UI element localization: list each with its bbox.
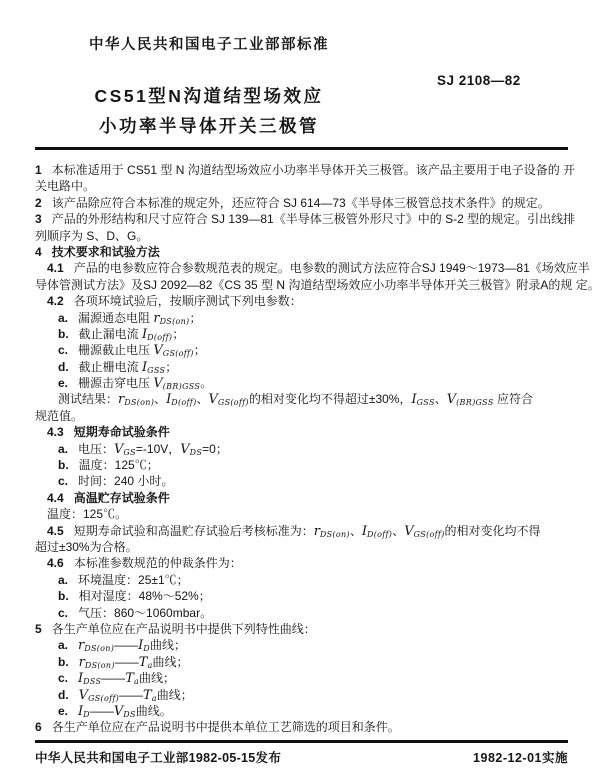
document-title-line1: CS51型N沟道结型场效应 [35, 83, 383, 108]
body-text: 栅源截止电压 [78, 343, 153, 357]
parameter-symbol: Ta [143, 688, 157, 703]
body-text: 曲线； [139, 671, 175, 685]
parameter-symbol: rDS(on) [79, 655, 115, 670]
body-line: 关电路中。 [35, 178, 572, 194]
body-text: 漏源通态电阻 [78, 311, 153, 325]
clause-number: c. [58, 606, 68, 620]
body-text: ； [172, 327, 184, 341]
clause-number: e. [58, 376, 68, 390]
body-text: 栅源击穿电压 [78, 376, 153, 390]
body-text: ； [194, 343, 206, 357]
body-line: 列顺序为 S、D、G。 [35, 228, 572, 244]
clause-number: a. [58, 311, 68, 325]
body-text: 产品的电参数应符合参数规范表的规定。电参数的测试方法应符合SJ 1949～197… [74, 261, 590, 275]
body-line: 规范值。 [35, 408, 572, 424]
body-line: 4.6本标准参数规范的仲裁条件为： [35, 555, 572, 571]
body-line: 导体管测试方法》及SJ 2092—82《CS 35 型 N 沟道结型场效应小功率… [35, 277, 572, 293]
header-divider-rule [35, 147, 568, 150]
clause-number: 4.1 [47, 261, 64, 275]
clause-number: b. [58, 458, 69, 472]
clause-number: 4.6 [47, 556, 64, 570]
parameter-symbol: IDSS [78, 671, 101, 686]
parameter-symbol: IGSS [411, 392, 434, 407]
clause-number: c. [58, 671, 68, 685]
body-line: 5各生产单位应在产品说明书中提供下列特性曲线： [35, 621, 572, 637]
body-text: 测试结果： [58, 392, 118, 406]
body-line: 4.1产品的电参数应符合参数规范表的规定。电参数的测试方法应符合SJ 1949～… [35, 260, 572, 276]
body-text: 应符合 [494, 392, 533, 406]
clause-number: d. [58, 688, 69, 702]
body-text: 列顺序为 S、D、G。 [35, 229, 148, 243]
clause-number: 4.5 [47, 524, 64, 538]
clause-number: d. [58, 360, 69, 374]
body-line: 4.5短期寿命试验和高温贮存试验后考核标准为：rDS(on)、ID(off)、V… [35, 523, 572, 539]
body-text: 关电路中。 [35, 179, 95, 193]
body-text: 产品的外形结构和尺寸应符合 SJ 139—81《半导体三极管外形尺寸》中的 S-… [52, 212, 575, 226]
body-line: b.截止漏电流 ID(off)； [35, 326, 572, 342]
body-line: 测试结果：rDS(on)、ID(off)、VGS(off)的相对变化均不得超过±… [35, 391, 572, 407]
parameter-symbol: rDS(on) [118, 392, 154, 407]
parameter-symbol: VGS(off) [153, 343, 193, 358]
body-line: a.漏源通态电阻 rDS(on)； [35, 310, 572, 326]
body-text: 技术要求和试验方法 [52, 245, 160, 259]
body-text: —— [119, 688, 143, 702]
body-text: 曲线； [153, 655, 189, 669]
parameter-symbol: V(BR)GSS [153, 376, 200, 391]
body-text: —— [101, 671, 125, 685]
body-text: —— [90, 704, 114, 718]
body-text: 时间：240 小时。 [78, 474, 173, 488]
body-text: 各生产单位应在产品说明书中提供本单位工艺筛选的项目和条件。 [52, 720, 400, 734]
body-line: 4技术要求和试验方法 [35, 244, 572, 260]
body-line: d.VGS(off)——Ta曲线； [35, 687, 572, 703]
parameter-symbol: rDS(on) [314, 524, 350, 539]
body-line: c.气压：860～1060mbar。 [35, 605, 572, 621]
clause-number: c. [58, 474, 68, 488]
parameter-symbol: VDS [114, 704, 136, 719]
clause-number: a. [58, 442, 68, 456]
parameter-symbol: VDS [180, 442, 202, 457]
body-text: 、 [435, 392, 447, 406]
parameter-symbol: ID [78, 704, 90, 719]
footer-publish-date: 中华人民共和国电子工业部1982-05-15发布 [35, 748, 281, 766]
body-text: 相对湿度：48%～52%； [79, 589, 211, 603]
body-line: 2该产品除应符合本标准的规定外，还应符合 SJ 614—73《半导体三极管总技术… [35, 195, 572, 211]
body-line: 4.2各项环境试验后，按顺序测试下列电参数： [35, 293, 572, 309]
body-line: c.IDSS——Ta曲线； [35, 670, 572, 686]
standard-number: SJ 2108—82 [437, 73, 521, 88]
parameter-symbol: ID(off) [142, 327, 172, 342]
body-text: 高温贮存试验条件 [74, 491, 170, 505]
footer-divider-rule [35, 740, 568, 743]
body-text: 超过±30%为合格。 [35, 540, 138, 554]
parameter-symbol: Ta [139, 655, 153, 670]
body-text: 截止漏电流 [79, 327, 142, 341]
body-text: 、 [392, 524, 404, 538]
parameter-symbol: ID(off) [166, 392, 196, 407]
body-text: 短期寿命试验和高温贮存试验后考核标准为： [74, 524, 314, 538]
body-line: a.rDS(on)——ID曲线； [35, 637, 572, 653]
body-text: 曲线； [150, 638, 186, 652]
body-line: a.环境温度：25±1℃； [35, 572, 572, 588]
body-text: 该产品除应符合本标准的规定外，还应符合 SJ 614—73《半导体三极管总技术条… [52, 196, 550, 210]
clause-number: b. [58, 589, 69, 603]
body-text: 短期寿命试验条件 [74, 425, 170, 439]
body-line: a.电压：VGS=-10V，VDS=0； [35, 441, 572, 457]
body-line: 6各生产单位应在产品说明书中提供本单位工艺筛选的项目和条件。 [35, 719, 572, 735]
parameter-symbol: ID(off) [362, 524, 392, 539]
body-line: b.温度：125℃； [35, 457, 572, 473]
body-text: 各项环境试验后，按顺序测试下列电参数： [74, 294, 302, 308]
body-line: 4.3短期寿命试验条件 [35, 424, 572, 440]
body-text: ； [165, 360, 177, 374]
clause-number: 4.2 [47, 294, 64, 308]
body-text: 。 [200, 376, 212, 390]
body-text: 、 [197, 392, 209, 406]
body-text: 气压：860～1060mbar。 [78, 606, 212, 620]
body-text: 、 [350, 524, 362, 538]
parameter-symbol: VGS(off) [209, 392, 249, 407]
clause-number: 6 [35, 720, 42, 734]
body-line: 超过±30%为合格。 [35, 539, 572, 555]
clause-number: 4.4 [47, 491, 64, 505]
body-text: 各生产单位应在产品说明书中提供下列特性曲线： [52, 622, 316, 636]
body-line: b.rDS(on)——Ta曲线； [35, 654, 572, 670]
parameter-symbol: rDS(on) [78, 638, 114, 653]
body-text: 的相对变化均不得 [445, 524, 541, 538]
parameter-symbol: IGSS [142, 360, 165, 375]
body-line: 4.4高温贮存试验条件 [35, 490, 572, 506]
body-text: 温度：125℃。 [47, 507, 127, 521]
body-text: 、 [154, 392, 166, 406]
document-title-line2: 小功率半导体开关三极管 [35, 113, 383, 138]
body-text: 截止栅电流 [79, 360, 142, 374]
body-line: d.截止栅电流 IGSS； [35, 359, 572, 375]
parameter-symbol: VGS(off) [404, 524, 444, 539]
clause-number: a. [58, 638, 68, 652]
body-text: 曲线； [157, 688, 193, 702]
body-line: c.栅源截止电压 VGS(off)； [35, 342, 572, 358]
body-line: e.ID——VDS曲线。 [35, 703, 572, 719]
document-page: 中华人民共和国电子工业部部标准 CS51型N沟道结型场效应 小功率半导体开关三极… [0, 0, 600, 772]
clause-number: 5 [35, 622, 42, 636]
body-text: 的相对变化均不得超过±30%， [249, 392, 412, 406]
clause-number: 4.3 [47, 425, 64, 439]
parameter-symbol: rDS(on) [153, 311, 189, 326]
body-text: =-10V， [136, 442, 180, 456]
body-text: 曲线。 [136, 704, 172, 718]
clause-number: b. [58, 655, 69, 669]
clause-number: 1 [35, 163, 42, 177]
body-line: 温度：125℃。 [35, 506, 572, 522]
body-text: 规范值。 [35, 409, 83, 423]
body-text: 导体管测试方法》及SJ 2092—82《CS 35 型 N 沟道结型场效应小功率… [35, 278, 600, 292]
body-line: c.时间：240 小时。 [35, 473, 572, 489]
body-line: b.相对湿度：48%～52%； [35, 588, 572, 604]
clause-number: a. [58, 573, 68, 587]
clause-number: b. [58, 327, 69, 341]
body-text: 温度：125℃； [79, 458, 159, 472]
clause-number: 4 [35, 245, 42, 259]
parameter-symbol: V(BR)GSS [447, 392, 494, 407]
body-text: 电压： [78, 442, 114, 456]
body-line: e.栅源击穿电压 V(BR)GSS。 [35, 375, 572, 391]
clause-number: e. [58, 704, 68, 718]
body-line: 1本标准适用于 CS51 型 N 沟道结型场效应小功率半导体开关三极管。该产品主… [35, 162, 572, 178]
body-text: =0； [202, 442, 228, 456]
standard-authority-header: 中华人民共和国电子工业部部标准 [35, 33, 383, 54]
body-text: —— [114, 638, 138, 652]
body-text: 本标准参数规范的仲裁条件为： [74, 556, 242, 570]
body-line: 3产品的外形结构和尺寸应符合 SJ 139—81《半导体三极管外形尺寸》中的 S… [35, 211, 572, 227]
parameter-symbol: VGS(off) [79, 688, 119, 703]
clause-number: 3 [35, 212, 42, 226]
parameter-symbol: Ta [125, 671, 139, 686]
document-body: 1本标准适用于 CS51 型 N 沟道结型场效应小功率半导体开关三极管。该产品主… [35, 162, 572, 736]
body-text: 本标准适用于 CS51 型 N 沟道结型场效应小功率半导体开关三极管。该产品主要… [52, 163, 575, 177]
body-text: —— [115, 655, 139, 669]
body-text: ； [189, 311, 201, 325]
clause-number: 2 [35, 196, 42, 210]
footer-implement-date: 1982-12-01实施 [473, 748, 568, 766]
parameter-symbol: ID [138, 638, 150, 653]
parameter-symbol: VGS [114, 442, 136, 457]
body-text: 环境温度：25±1℃； [78, 573, 189, 587]
clause-number: c. [58, 343, 68, 357]
